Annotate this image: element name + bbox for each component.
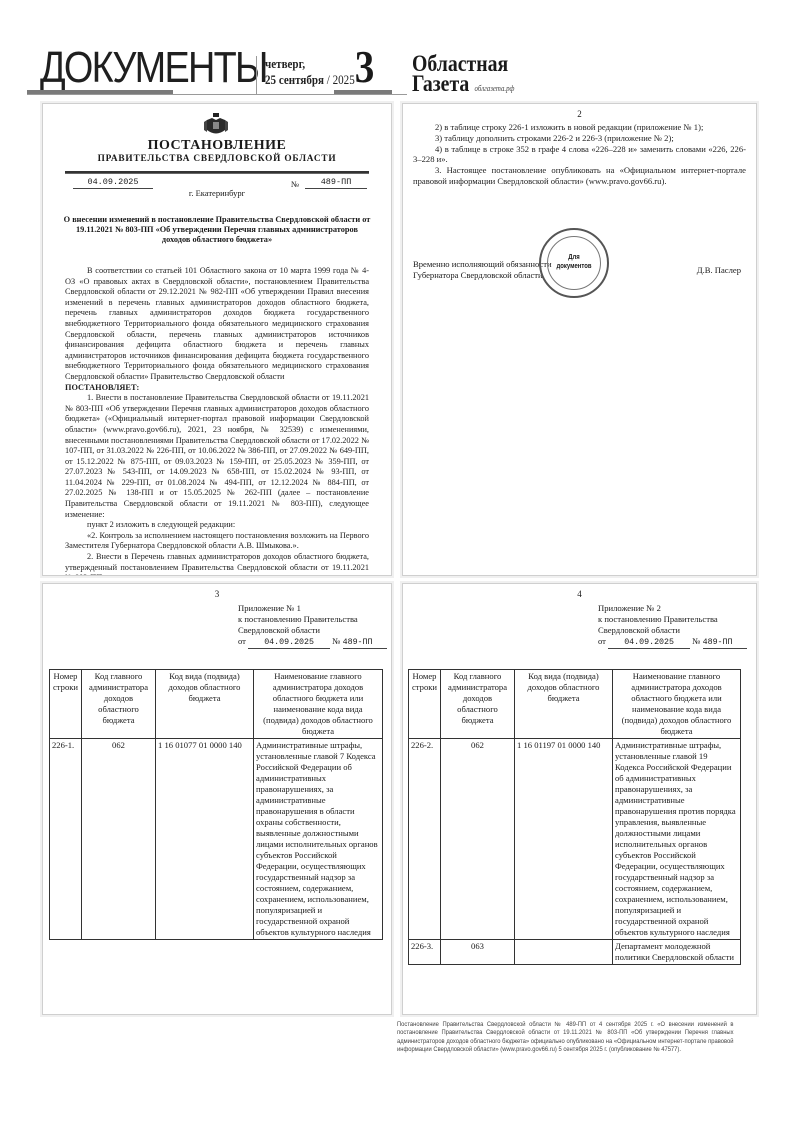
newspaper-masthead: ДОКУМЕНТЫ четверг, 25 сентября / 2025 3 …: [0, 0, 800, 100]
preamble: В соответствии со статьей 101 Областного…: [65, 266, 369, 383]
cell-revenue-code: 1 16 01077 01 0000 140: [156, 739, 254, 940]
item-1: 1. Внести в постановление Правительства …: [65, 393, 369, 520]
item-2: 2. Внести в Перечень главных администрат…: [65, 552, 369, 576]
issue-year: / 2025: [327, 72, 355, 87]
header-name: Наименование главного администратора дох…: [254, 670, 383, 739]
cell-admin-code: 063: [441, 940, 515, 965]
document-page-3: 3 Приложение № 1 к постановлению Правите…: [42, 583, 392, 1015]
document-page-2: 2 2) в таблице строку 226-1 изложить в н…: [402, 103, 757, 576]
issue-weekday: четверг,: [265, 56, 355, 72]
table-row: 226-1. 062 1 16 01077 01 0000 140 Админи…: [50, 739, 383, 940]
document-page-4: 4 Приложение № 2 к постановлению Правите…: [402, 583, 757, 1015]
appendix-title: Приложение № 2: [598, 603, 747, 614]
appendix-number: 489-ПП: [343, 637, 387, 649]
document-type: ПОСТАНОВЛЕНИЕ: [43, 138, 391, 154]
item-1-sub: пункт 2 изложить в следующей редакции:: [65, 520, 369, 531]
cell-revenue-code: 1 16 01197 01 0000 140: [515, 739, 613, 940]
page-number: 4: [403, 589, 756, 599]
appendix-line2: к постановлению Правительства: [598, 614, 747, 625]
newspaper-logo: Областная Газетаоблгазета.рф: [412, 54, 514, 99]
appendix-no-label: №: [692, 636, 700, 646]
cell-row-number: 226-3.: [409, 940, 441, 965]
item-2-4: 4) в таблице в строке 352 в графе 4 слов…: [413, 144, 746, 166]
section-title: ДОКУМЕНТЫ: [40, 46, 267, 90]
signer-name: Д.В. Паслер: [697, 265, 741, 276]
logo-site: облгазета.рф: [474, 84, 514, 93]
header-revenue-code: Код вида (подвида) доходов областного бю…: [156, 670, 254, 739]
appendix-line3: Свердловской области: [598, 625, 747, 636]
document-body: В соответствии со статьей 101 Областного…: [65, 266, 369, 576]
item-3: 3. Настоящее постановление опубликовать …: [413, 165, 746, 187]
document-issuer: ПРАВИТЕЛЬСТВА СВЕРДЛОВСКОЙ ОБЛАСТИ: [43, 154, 391, 164]
cell-name: Департамент молодежной политики Свердлов…: [613, 940, 741, 965]
appendix-date: 04.09.2025: [608, 637, 690, 649]
appendix-line3: Свердловской области: [238, 625, 387, 636]
header-admin-code: Код главного администратора доходов обла…: [82, 670, 156, 739]
appendix-title: Приложение № 1: [238, 603, 387, 614]
appendix-no-label: №: [332, 636, 340, 646]
appendix-from: от: [238, 636, 246, 646]
document-body: 2) в таблице строку 226-1 изложить в нов…: [413, 122, 746, 187]
cell-row-number: 226-2.: [409, 739, 441, 940]
header-row-number: Номер строки: [50, 670, 82, 739]
appendix-date: 04.09.2025: [248, 637, 330, 649]
issue-date: четверг, 25 сентября / 2025: [265, 56, 355, 88]
appendix-from: от: [598, 636, 606, 646]
page-number-rule: [334, 94, 404, 95]
table-row: 226-2. 062 1 16 01197 01 0000 140 Админи…: [409, 739, 741, 940]
cell-admin-code: 062: [441, 739, 515, 940]
issue-day: 25 сентября: [265, 72, 324, 87]
masthead-separator: [256, 56, 257, 94]
page-number: 3: [43, 589, 391, 599]
resolves-heading: ПОСТАНОВЛЯЕТ:: [65, 383, 369, 394]
cell-row-number: 226-1.: [50, 739, 82, 940]
document-city: г. Екатеринбург: [43, 188, 391, 198]
cell-revenue-code: [515, 940, 613, 965]
appendix-header: Приложение № 1 к постановлению Правитель…: [238, 603, 387, 649]
appendix-line2: к постановлению Правительства: [238, 614, 387, 625]
appendix-table: Номер строки Код главного администратора…: [49, 669, 383, 940]
header-rule: [65, 171, 369, 174]
header-revenue-code: Код вида (подвида) доходов областного бю…: [515, 670, 613, 739]
item-2-2: 2) в таблице строку 226-1 изложить в нов…: [413, 122, 746, 133]
official-stamp-icon: Для документов: [539, 228, 609, 298]
appendix-header: Приложение № 2 к постановлению Правитель…: [598, 603, 747, 649]
header-row-number: Номер строки: [409, 670, 441, 739]
newspaper-page-number: 3: [355, 44, 375, 90]
document-subject: О внесении изменений в постановление Пра…: [63, 215, 371, 245]
table-header-row: Номер строки Код главного администратора…: [50, 670, 383, 739]
publication-footnote: Постановление Правительства Свердловской…: [397, 1021, 734, 1054]
cell-name: Административные штрафы, установленные г…: [254, 739, 383, 940]
logo-line2: Газета: [412, 71, 469, 96]
coat-of-arms-icon: [203, 112, 229, 138]
header-admin-code: Код главного администратора доходов обла…: [441, 670, 515, 739]
cell-name: Административные штрафы, установленные г…: [613, 739, 741, 940]
page-number: 2: [403, 109, 756, 119]
appendix-number: 489-ПП: [703, 637, 747, 649]
stamp-line1: Для: [546, 253, 602, 262]
stamp-line2: документов: [546, 262, 602, 271]
document-page-1: ПОСТАНОВЛЕНИЕ ПРАВИТЕЛЬСТВА СВЕРДЛОВСКОЙ…: [42, 103, 392, 576]
table-row: 226-3. 063 Департамент молодежной полити…: [409, 940, 741, 965]
item-2-3: 3) таблицу дополнить строками 226-2 и 22…: [413, 133, 746, 144]
header-name: Наименование главного администратора дох…: [613, 670, 741, 739]
appendix-table: Номер строки Код главного администратора…: [408, 669, 741, 965]
item-1-quote: «2. Контроль за исполнением настоящего п…: [65, 531, 369, 552]
table-header-row: Номер строки Код главного администратора…: [409, 670, 741, 739]
stamp-text: Для документов: [546, 253, 602, 271]
cell-admin-code: 062: [82, 739, 156, 940]
